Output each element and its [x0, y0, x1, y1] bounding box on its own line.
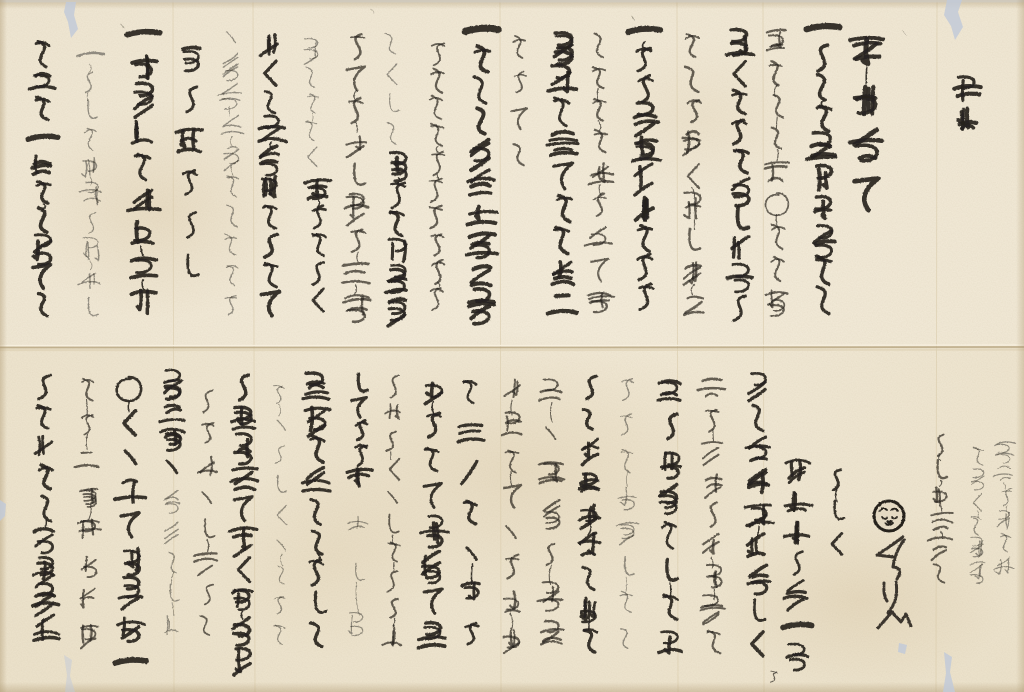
column-text: こもみ付く出し参理: [678, 30, 708, 322]
column-text: ふとやこ方へ参て理: [585, 30, 615, 318]
column-text: 亥日ゐ方てもお月二: [548, 32, 578, 320]
column-text: ヨさ此よめ呼敷子乱: [30, 372, 60, 645]
column-text: のぬらこひかひおらお: [422, 40, 452, 313]
letter-scan: 以上ヽ幸便候て一ふとや方罷居候めす猶とやこ之○らろ乱可くいらこ弁し出候へこもみ付…: [0, 0, 1024, 692]
column-text: 一とえど悔田畔銭有御: [467, 14, 497, 322]
column-text: ヽ: [888, 26, 918, 40]
column-text: ヽ: [618, 12, 648, 24]
column-text: 一ふとや方罷居候めす: [808, 12, 838, 316]
column-text: ゐくしら: [377, 30, 407, 148]
column-text: いゐ三ゝし社とを: [192, 385, 222, 642]
column-text: ろての付し小ぢ南代: [342, 30, 372, 322]
column-text: うし山家出き: [925, 432, 955, 586]
column-text: 世世丁ゝ: [157, 372, 187, 480]
column-text: 以柿ちてゝそ在壮: [497, 372, 527, 656]
column-text: 了体刻ホ割一示: [782, 455, 812, 672]
column-text: ヽ: [358, 5, 388, 17]
column-text: 一こと乃能御用にやも: [630, 15, 660, 312]
column-text: ゐ丈ノとゝ此ム: [456, 372, 486, 654]
column-text: 幸便候て: [852, 28, 882, 218]
column-text: 七ふらりく: [297, 38, 327, 170]
column-text: 井ろこ也井昌: [382, 152, 412, 324]
column-text: 諸た喜悦用四了しく: [743, 370, 773, 660]
column-text: 打ち乱るもし: [175, 36, 205, 288]
column-text: 以ぬ乃弁に家要出ぶ: [698, 372, 728, 658]
column-text: 夢ゐもて此出て刃: [418, 372, 448, 654]
column-text: 猶とやこ之○らろ乱: [762, 25, 792, 318]
column-text: 一こしお更寄ほ宝之し: [75, 40, 105, 322]
column-text: は路ゐくゞしたなそ行: [378, 372, 408, 650]
column-text: き: [760, 664, 790, 690]
column-text: やゞもしくゞんなり: [265, 380, 295, 650]
column-text: やらてゐ: [505, 30, 535, 172]
column-text: 可くいらこ弁し出候へ: [725, 30, 755, 322]
column-text: 凡亡ち画の略: [990, 440, 1020, 578]
column-text: 野ゝ国年ら多嬢: [537, 372, 567, 656]
transcription-layer: 以上ヽ幸便候て一ふとや方罷居候めす猶とやこ之○らろ乱可くいらこ弁し出候へこもみ付…: [0, 0, 1024, 692]
signature-reading: 花押: [878, 540, 904, 630]
column-text: こしく: [822, 463, 852, 560]
column-text: 去の敏的はしを電: [655, 372, 685, 662]
column-text: ほみ二乃呼丁画了: [73, 372, 103, 652]
column-text: ひ姓客出て乞く画者山: [228, 372, 258, 676]
column-text: 語副な乃ほまとしる: [302, 372, 332, 650]
column-text: ソ丁ホ一服よき南てる: [28, 40, 58, 318]
column-text: ゝ出之兼動らかへいぞ: [217, 22, 247, 320]
column-text: 一町帝月え八口万理: [128, 16, 158, 318]
column-text: 海くい如得井いとれて: [255, 30, 285, 318]
column-text: 了し副: [343, 496, 373, 650]
column-text: りぞ子子日色に寿そ: [575, 372, 605, 656]
column-text: ゝ: [108, 18, 138, 34]
column-text: 此ふろろく: [303, 176, 333, 314]
column-text: してきこ討: [345, 372, 375, 490]
column-text: 以上: [952, 78, 982, 132]
column-text: ぬ割くご室候: [962, 445, 992, 583]
column-text: 口里もし出: [157, 486, 187, 640]
column-text: よそむ刻候しかゑ: [612, 372, 642, 656]
column-text: ○くゞ新て口客惑一: [115, 372, 145, 678]
